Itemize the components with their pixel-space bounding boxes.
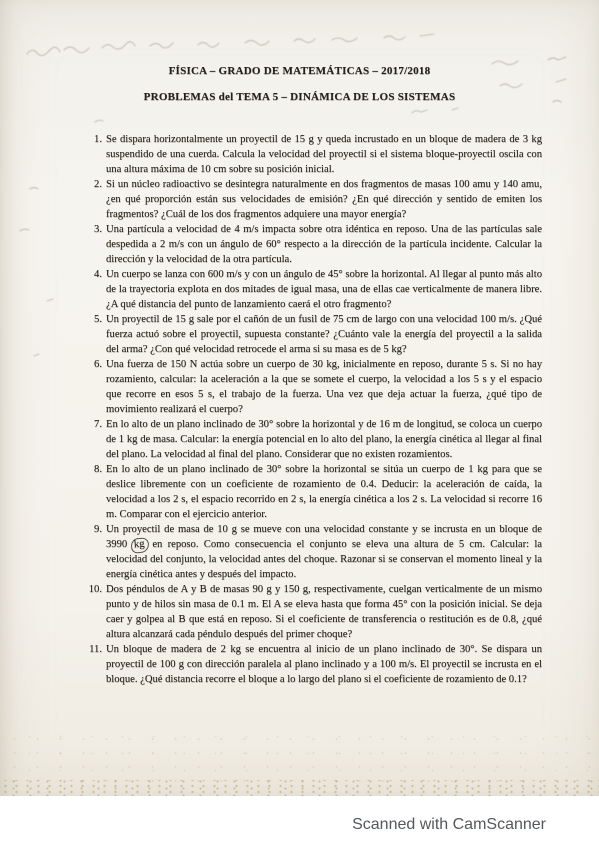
handwritten-circle-annotation: kg [131,537,150,553]
problem-text: En lo alto de un plano inclinado de 30° … [106,419,542,460]
problem-item: 6. Una fuerza de 150 N actúa sobre un cu… [86,357,542,417]
problem-text: Una fuerza de 150 N actúa sobre un cuerp… [106,359,542,415]
problem-text: Una partícula a velocidad de 4 m/s impac… [106,224,542,265]
problem-item: 8. En lo alto de un plano inclinado de 3… [86,462,542,522]
problem-text: Si un núcleo radioactivo se desintegra n… [106,179,542,220]
problem-text: Un proyectil de masa de 10 g se mueve co… [106,524,542,580]
problem-text-segment: en reposo. Como consecuencia el conjunto… [106,539,542,580]
scan-noise-speckles [0,726,599,786]
paper-sheet: FÍSICA – GRADO DE MATEMÁTICAS – 2017/201… [0,0,599,796]
problem-item: 5. Un proyectil de 15 g sale por el cañó… [86,312,542,357]
problem-text: Un bloque de madera de 2 kg se encuentra… [106,644,542,685]
problem-item: 2. Si un núcleo radioactivo se desintegr… [86,177,542,222]
problem-list: 1. Se dispara horizontalmente un proyect… [86,132,542,687]
problem-item: 4. Un cuerpo se lanza con 600 m/s y con … [86,267,542,312]
document-title: FÍSICA – GRADO DE MATEMÁTICAS – 2017/201… [0,0,599,77]
problem-number: 2. [76,177,102,192]
problem-item: 10. Dos péndulos de A y B de masas 90 g … [86,582,542,642]
problem-number: 11. [76,642,102,657]
problem-number: 1. [76,132,102,147]
problem-number: 5. [76,312,102,327]
scanned-document-page: FÍSICA – GRADO DE MATEMÁTICAS – 2017/201… [0,0,599,848]
problem-text: Un proyectil de 15 g sale por el cañón d… [106,314,542,355]
paper-bottom-edge [0,780,599,796]
problem-text: Dos péndulos de A y B de masas 90 g y 15… [106,584,542,640]
problem-number: 4. [76,267,102,282]
problem-number: 3. [76,222,102,237]
problem-item: 3. Una partícula a velocidad de 4 m/s im… [86,222,542,267]
problem-item: 1. Se dispara horizontalmente un proyect… [86,132,542,177]
problem-number: 6. [76,357,102,372]
problem-text: Un cuerpo se lanza con 600 m/s y con un … [106,269,542,310]
problem-text: Se dispara horizontalmente un proyectil … [106,134,542,175]
problem-number: 7. [76,417,102,432]
camscanner-watermark: Scanned with CamScanner [352,816,546,834]
problem-item: 7. En lo alto de un plano inclinado de 3… [86,417,542,462]
problem-item: 11. Un bloque de madera de 2 kg se encue… [86,642,542,687]
problem-number: 10. [76,582,102,597]
problem-number: 8. [76,462,102,477]
problem-item: 9. Un proyectil de masa de 10 g se mueve… [86,522,542,582]
problem-text: En lo alto de un plano inclinado de 30° … [106,464,542,520]
document-subtitle: PROBLEMAS del TEMA 5 – DINÁMICA DE LOS S… [0,91,599,103]
problem-number: 9. [76,522,102,537]
